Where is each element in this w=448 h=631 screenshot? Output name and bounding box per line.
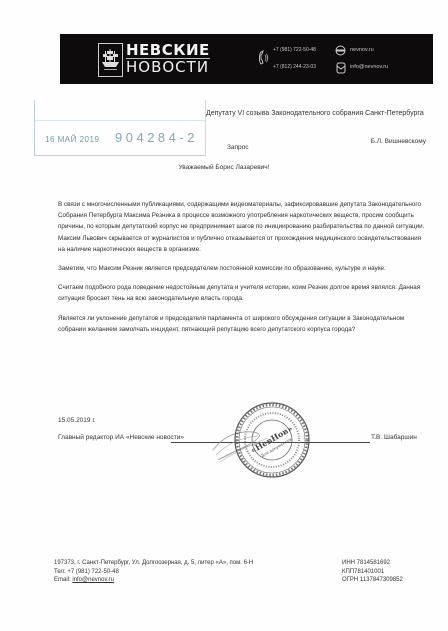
- letter-page: НЕВСКИЕ НОВОСТИ +7 (981) 722-50-48 +7 (8…: [0, 0, 448, 631]
- footer-email-link[interactable]: info@nevnov.ru: [72, 577, 114, 583]
- website-link[interactable]: nevnov.ru: [350, 47, 374, 53]
- signer-name: Т.В. Шабаршин: [371, 434, 417, 441]
- globe-www-icon: [335, 45, 346, 56]
- stamp-divider: [35, 120, 205, 121]
- paragraph: Заметим, что Максим Резник является пред…: [58, 263, 426, 274]
- footer-address: 197373, г. Санкт-Петербург, Ул. Долгоозе…: [54, 559, 253, 568]
- signature-date: 15.05.2019 г.: [58, 417, 96, 424]
- brand-name: НЕВСКИЕ НОВОСТИ: [126, 42, 210, 76]
- phone-icon: [258, 50, 270, 66]
- footer-phone-label: Тел:: [54, 569, 66, 575]
- ship-logo-icon: [98, 43, 123, 77]
- footer-email-row: Email: info@nevnov.ru: [54, 576, 253, 585]
- footer-inn: ИНН 7814581692: [342, 559, 403, 568]
- registration-stamp: 16 МАЙ 2019 904284-2: [34, 100, 206, 156]
- email-link[interactable]: info@nevnov.ru: [350, 64, 388, 70]
- envelope-icon: [336, 62, 346, 74]
- letter-title: Запрос: [227, 144, 249, 151]
- phone-1: +7 (981) 722-50-48: [273, 47, 316, 53]
- phone-2: +7 (812) 244-23-03: [273, 64, 316, 70]
- footer-requisites: ИНН 7814581692 КПП781401001 ОГРН 1137847…: [342, 559, 403, 585]
- footer-contacts: 197373, г. Санкт-Петербург, Ул. Долгоозе…: [54, 559, 253, 585]
- footer-phone-row: Тел: +7 (981) 722-50-48: [54, 568, 253, 577]
- paragraph: В связи с многочисленными публикациями, …: [58, 199, 426, 255]
- footer-kpp: КПП781401001: [342, 568, 403, 577]
- registration-number: 904284-2: [115, 130, 198, 145]
- letter-body: В связи с многочисленными публикациями, …: [58, 199, 426, 343]
- footer-phone: +7 (981) 722-50-48: [67, 569, 119, 575]
- paragraph: Считаем подобного рода поведение недосто…: [58, 282, 426, 304]
- registration-date: 16 МАЙ 2019: [45, 135, 99, 144]
- footer-ogrn: ОГРН 1137847309852: [342, 576, 403, 585]
- salutation: Уважаемый Борис Лазаревич!: [0, 164, 448, 171]
- addressee-name: Б.Л. Вишневскому: [371, 138, 426, 145]
- paragraph: Является ли уклонение депутатов и предсе…: [58, 313, 426, 335]
- signer-position: Главный редактор ИА «Невские новости»: [58, 434, 184, 441]
- footer-email-label: Email:: [54, 577, 71, 583]
- round-seal-icon: «НевНов» Для документов: [232, 400, 312, 480]
- brand-line2: НОВОСТИ: [126, 59, 210, 76]
- letterhead-banner: НЕВСКИЕ НОВОСТИ +7 (981) 722-50-48 +7 (8…: [60, 34, 433, 84]
- brand-line1: НЕВСКИЕ: [126, 42, 210, 59]
- addressee-line: Депутату VI созыва Законодательного собр…: [206, 110, 424, 117]
